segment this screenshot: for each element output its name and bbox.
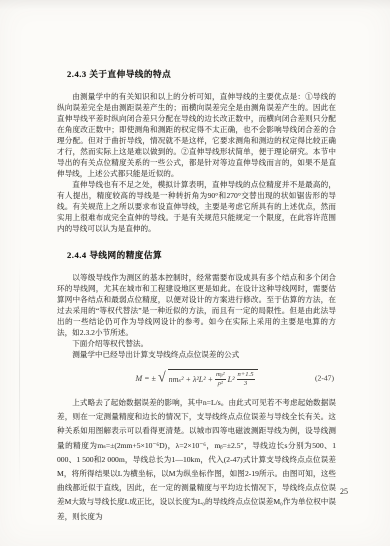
section-heading-network-precision: 2.4.4 导线网的精度估算 — [67, 249, 336, 261]
equation-2-47: M = ± √ nmₛ² + λ²L² + mᵦ² ρ² L² n+1.5 3 … — [57, 367, 336, 389]
body-paragraph-after-formula: 上式略去了起始数据误差的影响，其中n=L/s。由此式可见若不考虑起始数据误差，则… — [57, 396, 336, 524]
fraction-denominator: ρ² — [217, 380, 224, 388]
body-paragraph-drawbacks: 直伸导线也有不足之处，模拟计算表明，直伸导线的点位精度并不是最高的，有人提出，精… — [57, 179, 336, 234]
sqrt-radical-icon: √ — [158, 372, 166, 386]
fraction-denominator: 3 — [243, 380, 248, 388]
body-paragraph-formula-lead: 测量学中已经导出计算支导线终点点位误差的公式 — [57, 349, 336, 360]
fraction-numerator: mᵦ² — [215, 371, 226, 380]
document-page: 2.4.3 关于直伸导线的特点 由测量学中的有关知识和以上的分析可知，直伸导线的… — [0, 0, 390, 546]
equation-number: (2-47) — [315, 374, 334, 383]
equation-expression: M = ± √ nmₛ² + λ²L² + mᵦ² ρ² L² n+1.5 3 — [135, 369, 257, 387]
fraction-n-term: n+1.5 3 — [237, 371, 255, 387]
section-heading-straight-traverse: 2.4.3 关于直伸导线的特点 — [67, 68, 336, 80]
body-paragraph-network: 以等级导线作为测区的基本控制时，经常需要布设成具有多个结点和多个闭合环的导线网，… — [57, 272, 336, 338]
body-paragraph-method-intro: 下面介绍等权代替法。 — [57, 338, 336, 349]
fraction-mbeta-rho: mᵦ² ρ² — [215, 371, 226, 387]
body-paragraph-advantages: 由测量学中的有关知识和以上的分析可知，直伸导线的主要优点是：①导线的纵向误差完全… — [57, 91, 336, 179]
text-column: 2.4.3 关于直伸导线的特点 由测量学中的有关知识和以上的分析可知，直伸导线的… — [57, 68, 336, 524]
radicand-terms: nmₛ² + λ²L² + — [169, 375, 213, 384]
equation-radicand: nmₛ² + λ²L² + mᵦ² ρ² L² n+1.5 3 — [168, 369, 258, 387]
equation-lhs: M = ± — [135, 374, 155, 383]
fraction-numerator: n+1.5 — [237, 371, 255, 380]
radicand-L2: L² — [228, 375, 235, 384]
page-number: 25 — [340, 487, 348, 496]
